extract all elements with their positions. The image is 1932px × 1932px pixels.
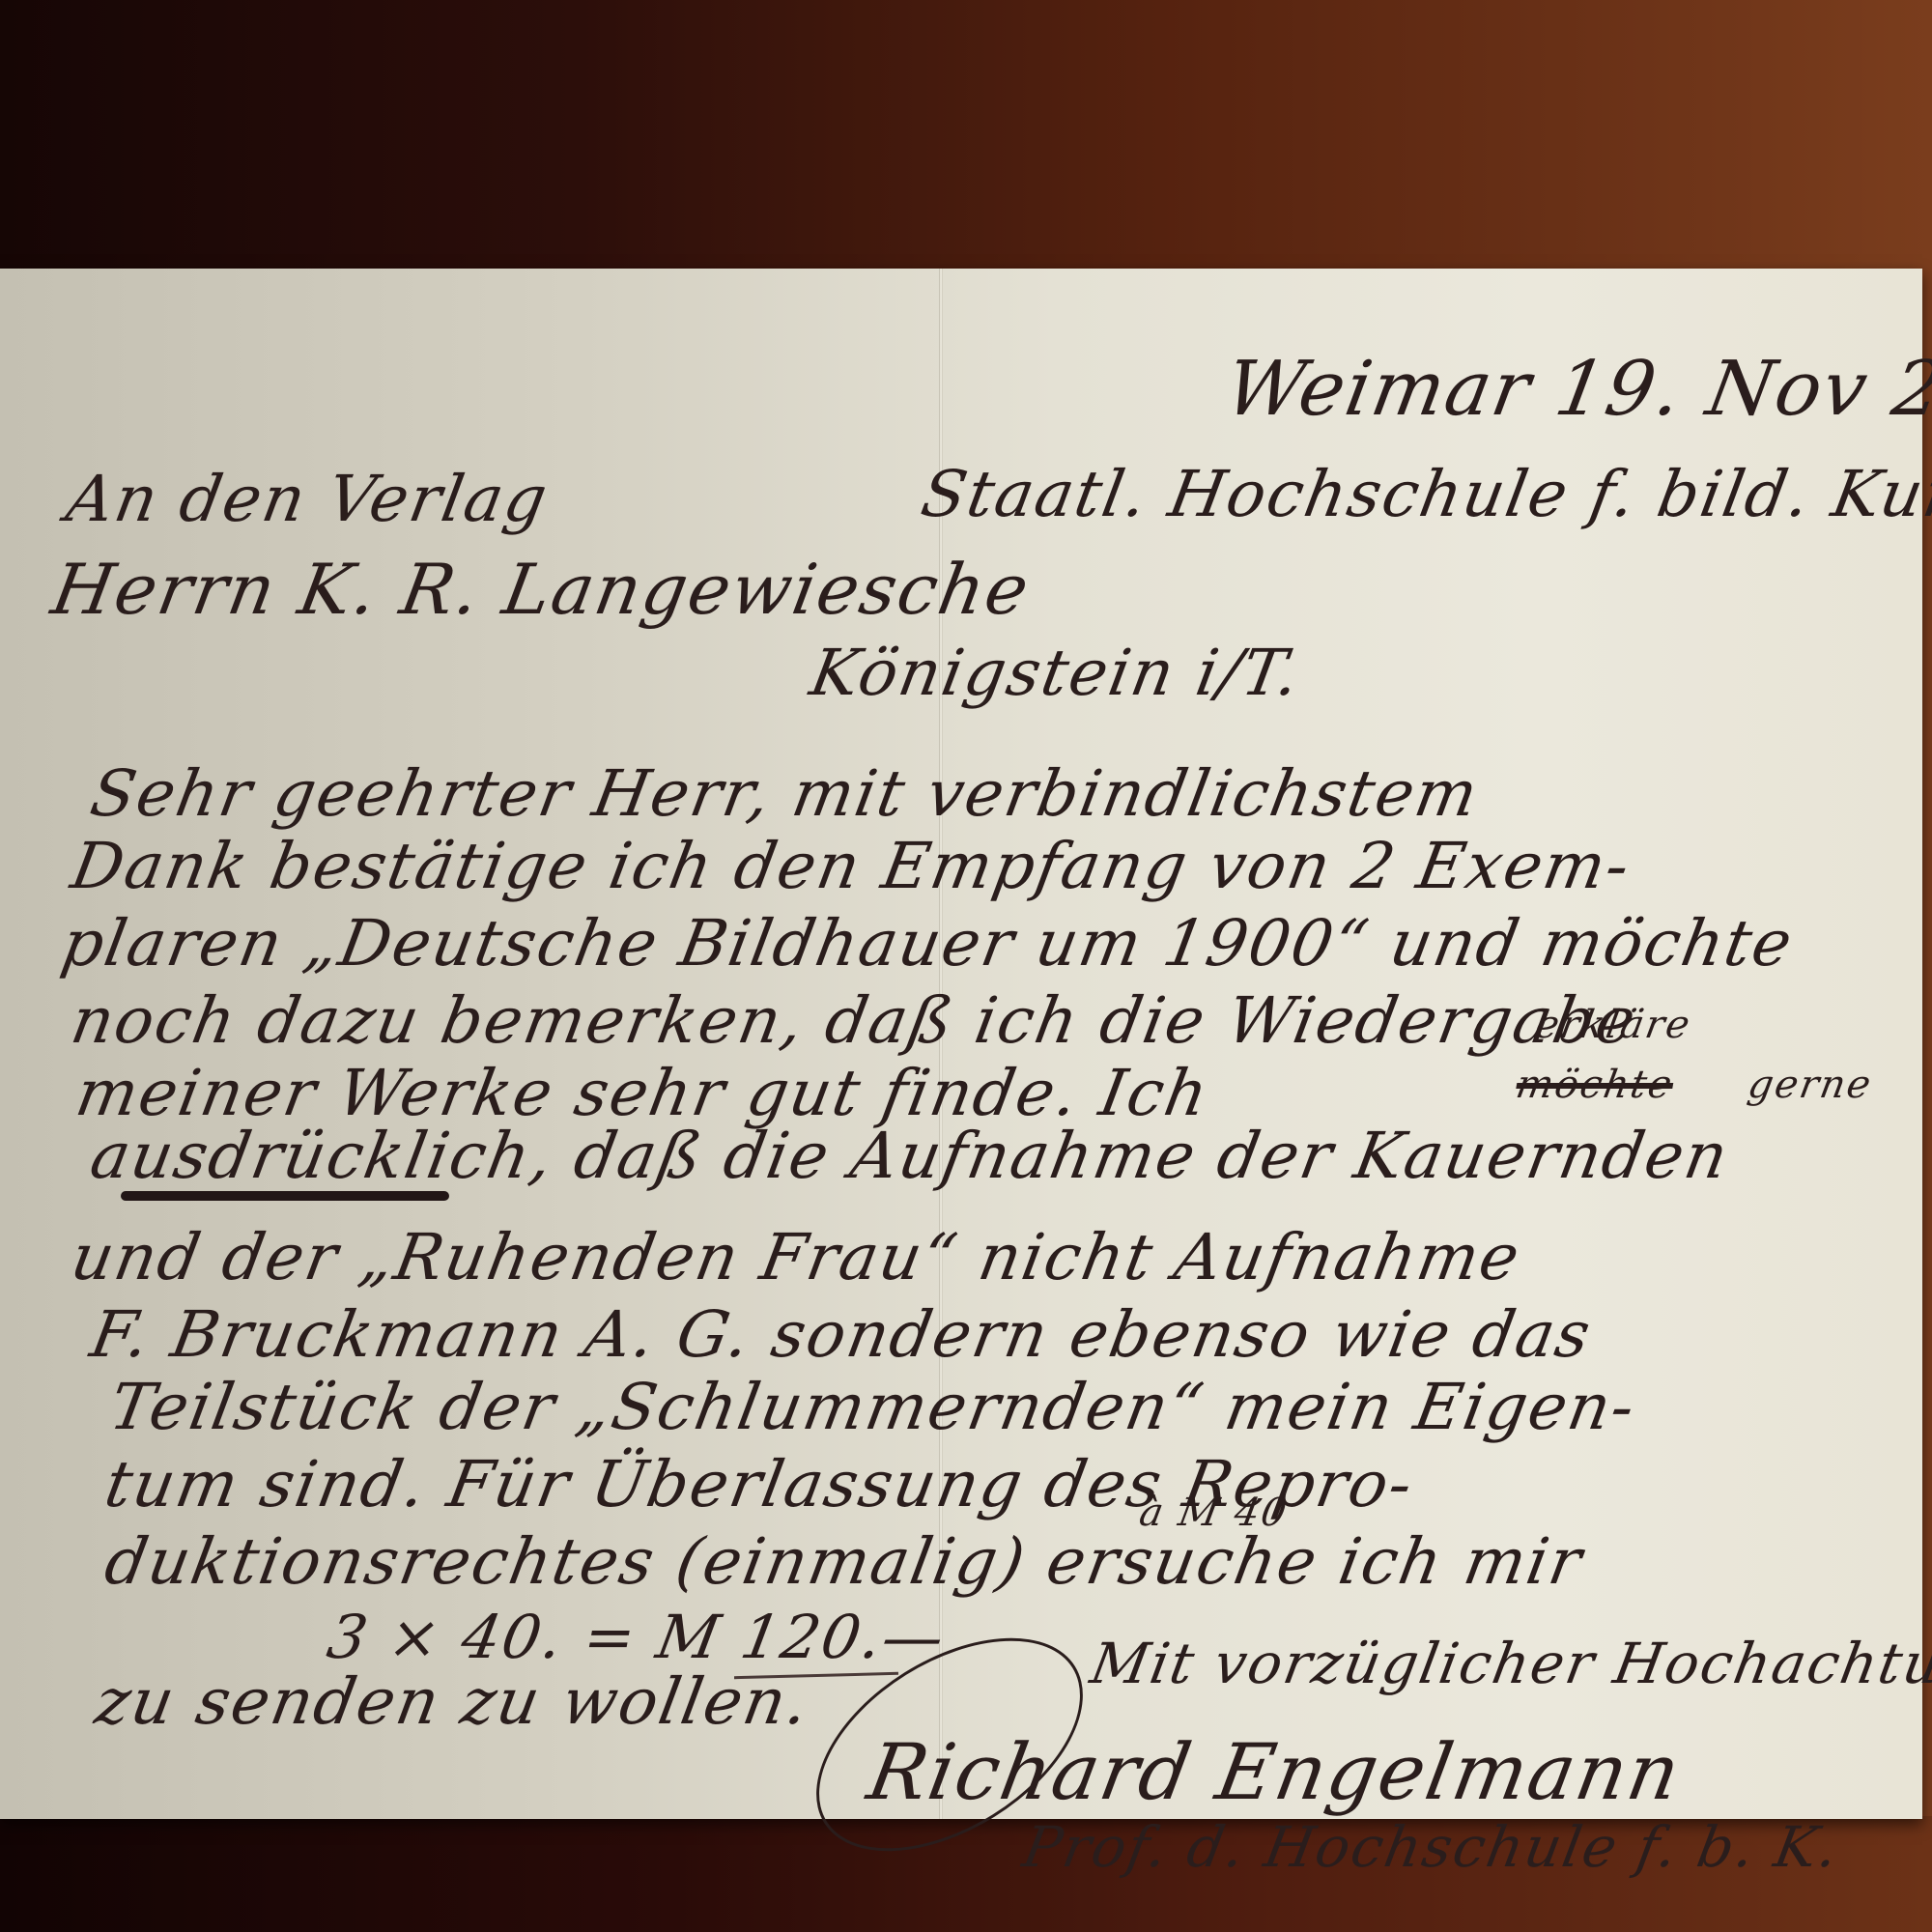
struck-word: möchte [1513,1063,1677,1107]
body-line: Sehr geehrter Herr, mit verbindlichstem [85,756,1485,831]
body-line: F. Bruckmann A. G. sondern ebenso wie da… [85,1297,1597,1372]
closing-salutation: Mit vorzüglicher Hochachtung [1086,1631,1932,1696]
addressee-line-2: Herrn K. R. Langewiesche [46,549,1037,630]
letter-sheet: Weimar 19. Nov 25 Staatl. Hochschule f. … [0,269,1922,1819]
body-line: und der „Ruhenden Frau“ nicht Aufnahme [66,1220,1526,1294]
wooden-table-surface [0,0,1932,270]
addressee-line-3: Königstein i/T. [805,636,1306,710]
body-line: Teilstück der „Schlummernden“ mein Eigen… [104,1370,1641,1444]
signature-title: Prof. d. Hochschule f. b. K. [1018,1814,1845,1880]
body-line: Dank bestätige ich den Empfang von 2 Exe… [66,829,1636,903]
body-line: duktionsrechtes (einmalig) ersuche ich m… [99,1524,1588,1599]
fee-calculation: 3 × 40. = M 120.— [323,1602,952,1672]
body-line: plaren „Deutsche Bildhauer um 1900“ und … [56,906,1799,980]
body-word: gerne [1745,1063,1876,1107]
addressee-line-1: An den Verlag [61,462,554,536]
insertion-erklaere: erkläre [1532,1003,1695,1047]
institution-letterhead: Staatl. Hochschule f. bild. Kunst [916,457,1932,531]
body-line: zu senden zu wollen. [90,1664,815,1739]
place-date: Weimar 19. Nov 25 [1219,346,1932,433]
body-line: noch dazu bemerken, daß ich die Wiederga… [66,983,1642,1058]
signature: Richard Engelmann [862,1727,1689,1817]
